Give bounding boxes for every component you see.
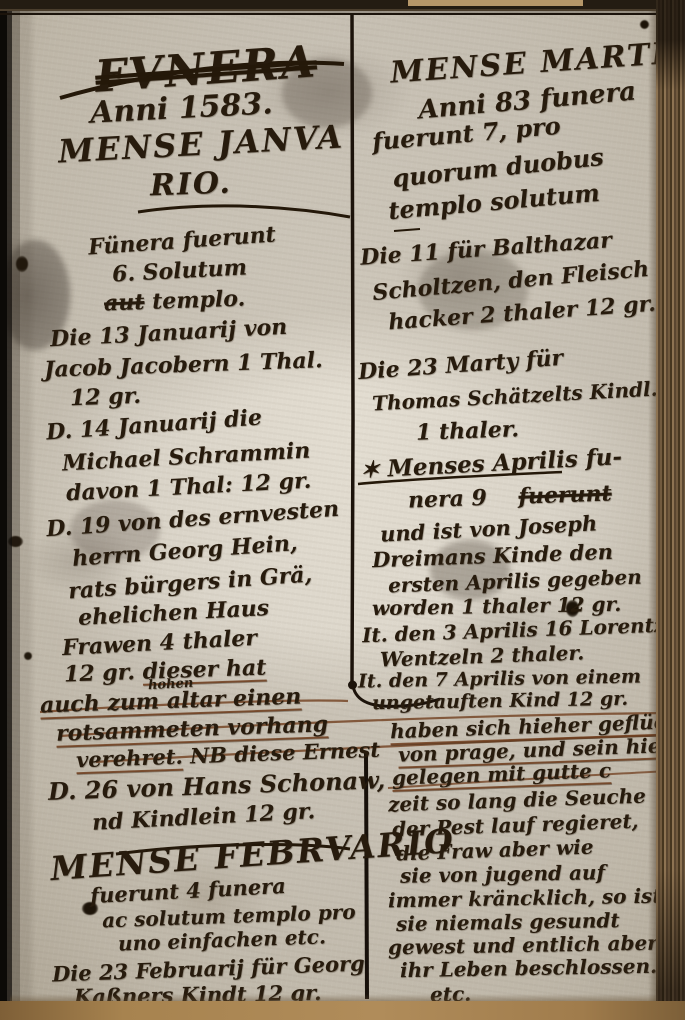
manuscript-line: nera 9 fuerunt (408, 482, 612, 511)
page-curl-highlight (648, 10, 656, 1010)
desk-surface (0, 1001, 685, 1020)
manuscript-line: Wentzeln 2 thaler. (380, 642, 585, 669)
book-page-block-edge (656, 0, 685, 1020)
manuscript-word: nera 9 (408, 485, 488, 514)
heading-underline-flourish (138, 206, 350, 217)
struck-word: aut (104, 289, 145, 316)
book-gutter-shadow (0, 0, 36, 1020)
book-cover-sliver (408, 0, 583, 6)
manuscript-word: 12 gr. (64, 659, 136, 687)
manuscript-line: 6. Solutum (112, 256, 248, 285)
note-line: die Fraw aber wie (396, 837, 594, 864)
asterisk-mark: ✶ (359, 456, 380, 484)
manuscript-line: aut templo. (104, 288, 246, 315)
die11-overline (394, 229, 420, 231)
manuscript-word: templo. (152, 286, 246, 315)
struck-word: fuerunt (518, 480, 612, 509)
manuscript-line: 1 thaler. (416, 418, 520, 444)
note-line: sie niemals gesundt (396, 910, 620, 934)
manuscript-line: 12 gr. (70, 385, 142, 409)
note-line: ihr Leben beschlossen. (400, 956, 657, 980)
rubricated-word: verehret. (76, 744, 184, 773)
note-line: immer kräncklich, so ist (388, 886, 662, 911)
manuscript-line: ungetauften Kind 12 gr. (372, 690, 628, 713)
column-divider-line (352, 14, 353, 683)
note-line: sie von jugend auf (400, 862, 605, 886)
heading-mense-januario-2: RIO. (150, 169, 233, 202)
manuscript-page-scan: FVNERA Anni 1583. MENSE JANVA RIO. Füner… (0, 0, 685, 1020)
